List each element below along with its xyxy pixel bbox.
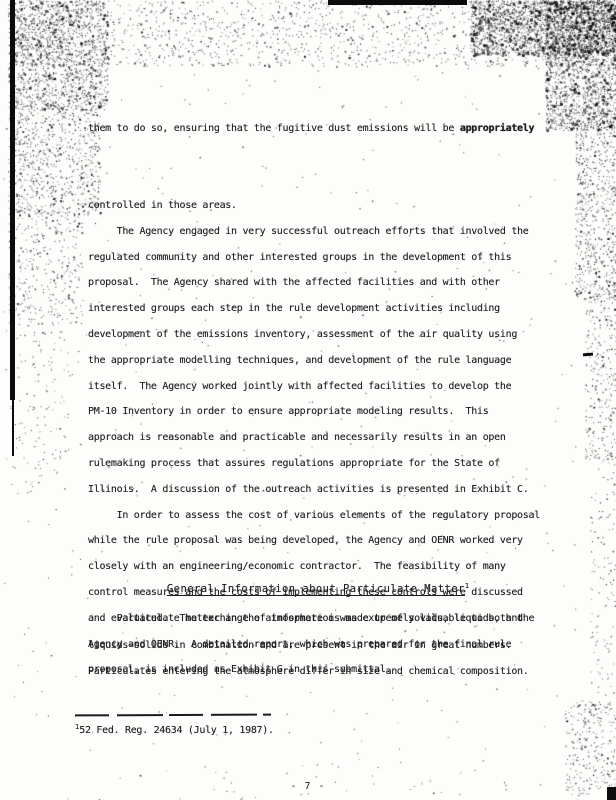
scan-artifact-right-dash: [583, 353, 593, 357]
footnote-citation: 52 Fed. Reg. 24634 (July 1, 1987).: [79, 725, 274, 736]
footnote: 152 Fed. Reg. 24634 (July 1, 1987).: [75, 723, 274, 736]
page-number: - 7 -: [0, 781, 616, 792]
scan-artifact-top-bar: [328, 0, 467, 5]
heading-footnote-ref: 1: [465, 582, 469, 590]
body-line-1: them to do so, ensuring that the fugitiv…: [88, 116, 554, 142]
body-line-1-text: them to do so, ensuring that the fugitiv…: [88, 123, 460, 134]
scan-artifact-left-edge-line-tail: [12, 398, 14, 456]
section-heading: General Information about Particulate Ma…: [88, 582, 548, 595]
section-heading-text: General Information about Particulate Ma…: [167, 583, 465, 595]
scan-artifact-left-edge-line: [10, 0, 15, 400]
body-line-1-emphasis: appropriately: [460, 123, 534, 134]
particulate-paragraph: Particulate matter in the atmosphere is …: [88, 606, 554, 686]
scanned-document-page: them to do so, ensuring that the fugitiv…: [0, 0, 616, 800]
